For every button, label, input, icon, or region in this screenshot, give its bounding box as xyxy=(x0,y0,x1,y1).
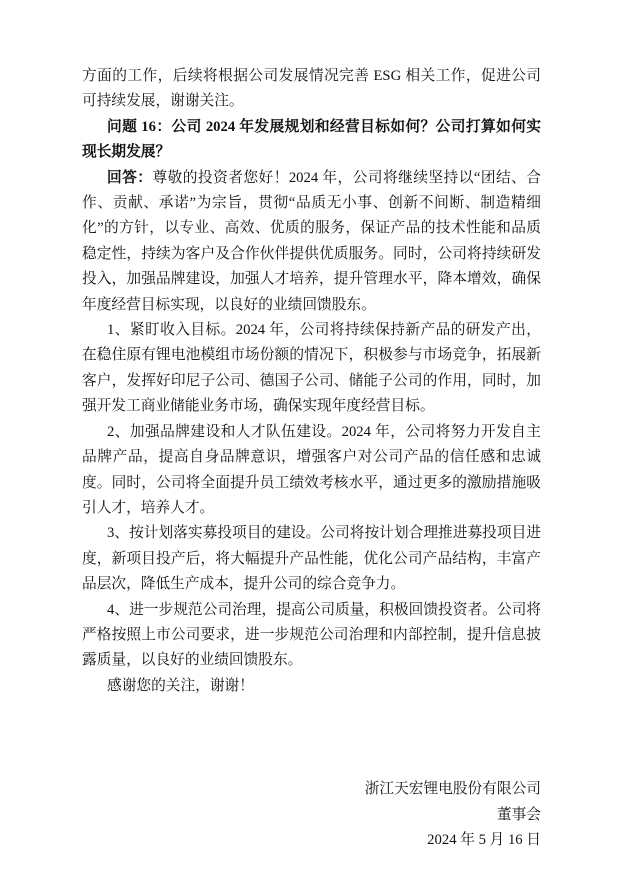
paragraph-item-3-fundraising-projects: 3、按计划落实募投项目的建设。公司将按计划合理推进募投项目进度，新项目投产后，将… xyxy=(82,521,541,597)
paragraph-item-1-revenue-target: 1、紧盯收入目标。2024 年，公司将持续保持新产品的研发产出，在稳住原有锂电池… xyxy=(82,318,541,420)
document-page: 方面的工作，后续将根据公司发展情况完善 ESG 相关工作，促进公司可持续发展，谢… xyxy=(0,0,633,887)
signature-date: 2024 年 5 月 16 日 xyxy=(82,828,541,853)
paragraph-item-2-brand-talent: 2、加强品牌建设和人才队伍建设。2024 年，公司将努力开发自主品牌产品，提高自… xyxy=(82,420,541,522)
paragraph-item-4-governance: 4、进一步规范公司治理，提高公司质量，积极回馈投资者。公司将严格按照上市公司要求… xyxy=(82,598,541,674)
signature-company-name: 浙江天宏锂电股份有限公司 xyxy=(82,777,541,802)
paragraph-esg-continuation: 方面的工作，后续将根据公司发展情况完善 ESG 相关工作，促进公司可持续发展，谢… xyxy=(82,64,541,115)
signature-board: 董事会 xyxy=(82,803,541,828)
signature-block: 浙江天宏锂电股份有限公司 董事会 2024 年 5 月 16 日 xyxy=(82,777,541,853)
answer-body-text: 尊敬的投资者您好！2024 年，公司将继续坚持以“团结、合作、贡献、承诺”为宗旨… xyxy=(82,170,541,313)
paragraph-thanks: 感谢您的关注，谢谢！ xyxy=(82,674,541,699)
answer-paragraph: 回答：尊敬的投资者您好！2024 年，公司将继续坚持以“团结、合作、贡献、承诺”… xyxy=(82,166,541,318)
question-16-heading: 问题 16：公司 2024 年发展规划和经营目标如何？公司打算如何实现长期发展？ xyxy=(82,115,541,166)
answer-lead-label: 回答： xyxy=(107,170,152,186)
